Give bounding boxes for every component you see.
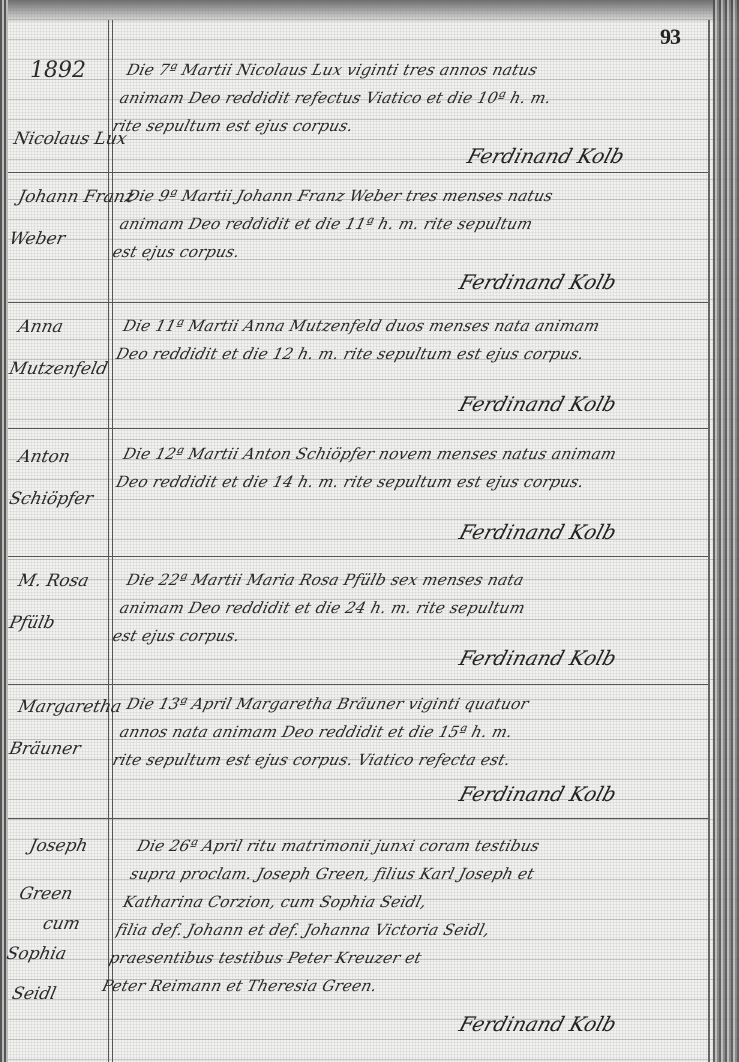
margin-name-line: Margaretha xyxy=(14,686,117,728)
entry-text-line: animam Deo reddidit refectus Viatico et … xyxy=(117,84,709,112)
entry-text-line: praesentibus testibus Peter Kreuzer et xyxy=(106,944,698,972)
entry-text-line: animam Deo reddidit et die 24 h. m. rite… xyxy=(117,594,709,622)
margin-name-line: Weber xyxy=(5,218,108,260)
margin-name-line: Johann Franz xyxy=(14,176,117,218)
scan-left-edge xyxy=(0,0,8,1062)
margin-name-line: Bräuner xyxy=(5,728,108,770)
margin-name-line: Green xyxy=(15,874,118,914)
entry-margin-name: Anna Mutzenfeld xyxy=(5,306,117,390)
entry-text-line: Die 13ª April Margaretha Bräuner viginti… xyxy=(123,690,715,718)
margin-name-line: Sophia xyxy=(3,934,106,974)
entry-text-line: Die 12ª Martii Anton Schiöpfer novem men… xyxy=(120,440,712,468)
entry-divider xyxy=(8,302,708,303)
entry-text-line: annos nata animam Deo reddidit et die 15… xyxy=(117,718,709,746)
margin-name-line: Schiöpfer xyxy=(5,478,108,520)
entry-text-line: Peter Reimann et Theresia Green. xyxy=(99,972,691,1000)
entry-text: Die 11ª Martii Anna Mutzenfeld duos mens… xyxy=(113,312,712,368)
margin-name-line: M. Rosa xyxy=(14,560,117,602)
entry-text-line: Die 22ª Martii Maria Rosa Pfülb sex mens… xyxy=(123,566,715,594)
entry-text-line: est ejus corpus. xyxy=(110,238,702,266)
right-column-rule xyxy=(708,20,710,1062)
entry-margin-name: Nicolaus Lux xyxy=(10,118,113,160)
margin-name-line: Seidl xyxy=(0,974,97,1014)
signature: Ferdinand Kolb xyxy=(457,270,714,294)
entry-text-line: Die 11ª Martii Anna Mutzenfeld duos mens… xyxy=(120,312,712,340)
entry-margin-name: Margaretha Bräuner xyxy=(5,686,117,770)
entry-text: Die 13ª April Margaretha Bräuner viginti… xyxy=(110,690,716,774)
entry-text: Die 26ª April ritu matrimonii junxi cora… xyxy=(99,832,726,1000)
entry-divider xyxy=(8,684,708,685)
entry-text-line: filia def. Johann et def. Johanna Victor… xyxy=(113,916,705,944)
signature: Ferdinand Kolb xyxy=(457,1012,714,1036)
signature: Ferdinand Kolb xyxy=(457,782,714,806)
entry-text-line: Katharina Corzion, cum Sophia Seidl, xyxy=(120,888,712,916)
entry-text-line: Die 7ª Martii Nicolaus Lux viginti tres … xyxy=(123,56,715,84)
entry-divider xyxy=(8,172,708,173)
entry-divider xyxy=(8,556,708,557)
page-number: 93 xyxy=(660,24,680,50)
margin-name-line: Mutzenfeld xyxy=(5,348,108,390)
year-heading: 1892 xyxy=(30,58,86,83)
scan-top-edge xyxy=(0,0,739,22)
signature: Ferdinand Kolb xyxy=(457,646,714,670)
register-page: 93 1892 Nicolaus Lux Die 7ª Martii Nicol… xyxy=(0,0,739,1062)
entry-margin-name: Anton Schiöpfer xyxy=(5,436,117,520)
entry-text-line: Die 9ª Martii Johann Franz Weber tres me… xyxy=(123,182,715,210)
entry-margin-name: M. Rosa Pfülb xyxy=(5,560,117,644)
entry-margin-name: Johann Franz Weber xyxy=(5,176,117,260)
entry-text: Die 7ª Martii Nicolaus Lux viginti tres … xyxy=(110,56,716,140)
margin-name-line: cum xyxy=(11,914,109,934)
entry-text: Die 9ª Martii Johann Franz Weber tres me… xyxy=(110,182,716,266)
entry-text-line: Deo reddidit et die 12 h. m. rite sepult… xyxy=(113,340,705,368)
signature: Ferdinand Kolb xyxy=(457,520,714,544)
entry-divider xyxy=(8,818,708,819)
margin-name-line: Nicolaus Lux xyxy=(10,118,113,160)
entry-divider xyxy=(8,428,708,429)
margin-name-line: Anna xyxy=(14,306,117,348)
entry-text-line: animam Deo reddidit et die 11ª h. m. rit… xyxy=(117,210,709,238)
entry-text-line: Die 26ª April ritu matrimonii junxi cora… xyxy=(134,832,726,860)
signature: Ferdinand Kolb xyxy=(457,392,714,416)
entry-text-line: Deo reddidit et die 14 h. m. rite sepult… xyxy=(113,468,705,496)
margin-name-line: Joseph xyxy=(25,826,128,866)
margin-name-line: Pfülb xyxy=(5,602,108,644)
entry-text: Die 12ª Martii Anton Schiöpfer novem men… xyxy=(113,440,712,496)
entry-text-line: rite sepultum est ejus corpus. Viatico r… xyxy=(110,746,702,774)
entry-text-line: rite sepultum est ejus corpus. xyxy=(110,112,702,140)
entry-text-line: supra proclam. Joseph Green, filius Karl… xyxy=(127,860,719,888)
signature: Ferdinand Kolb xyxy=(465,144,722,168)
margin-name-line: Anton xyxy=(14,436,117,478)
entry-text: Die 22ª Martii Maria Rosa Pfülb sex mens… xyxy=(110,566,716,650)
